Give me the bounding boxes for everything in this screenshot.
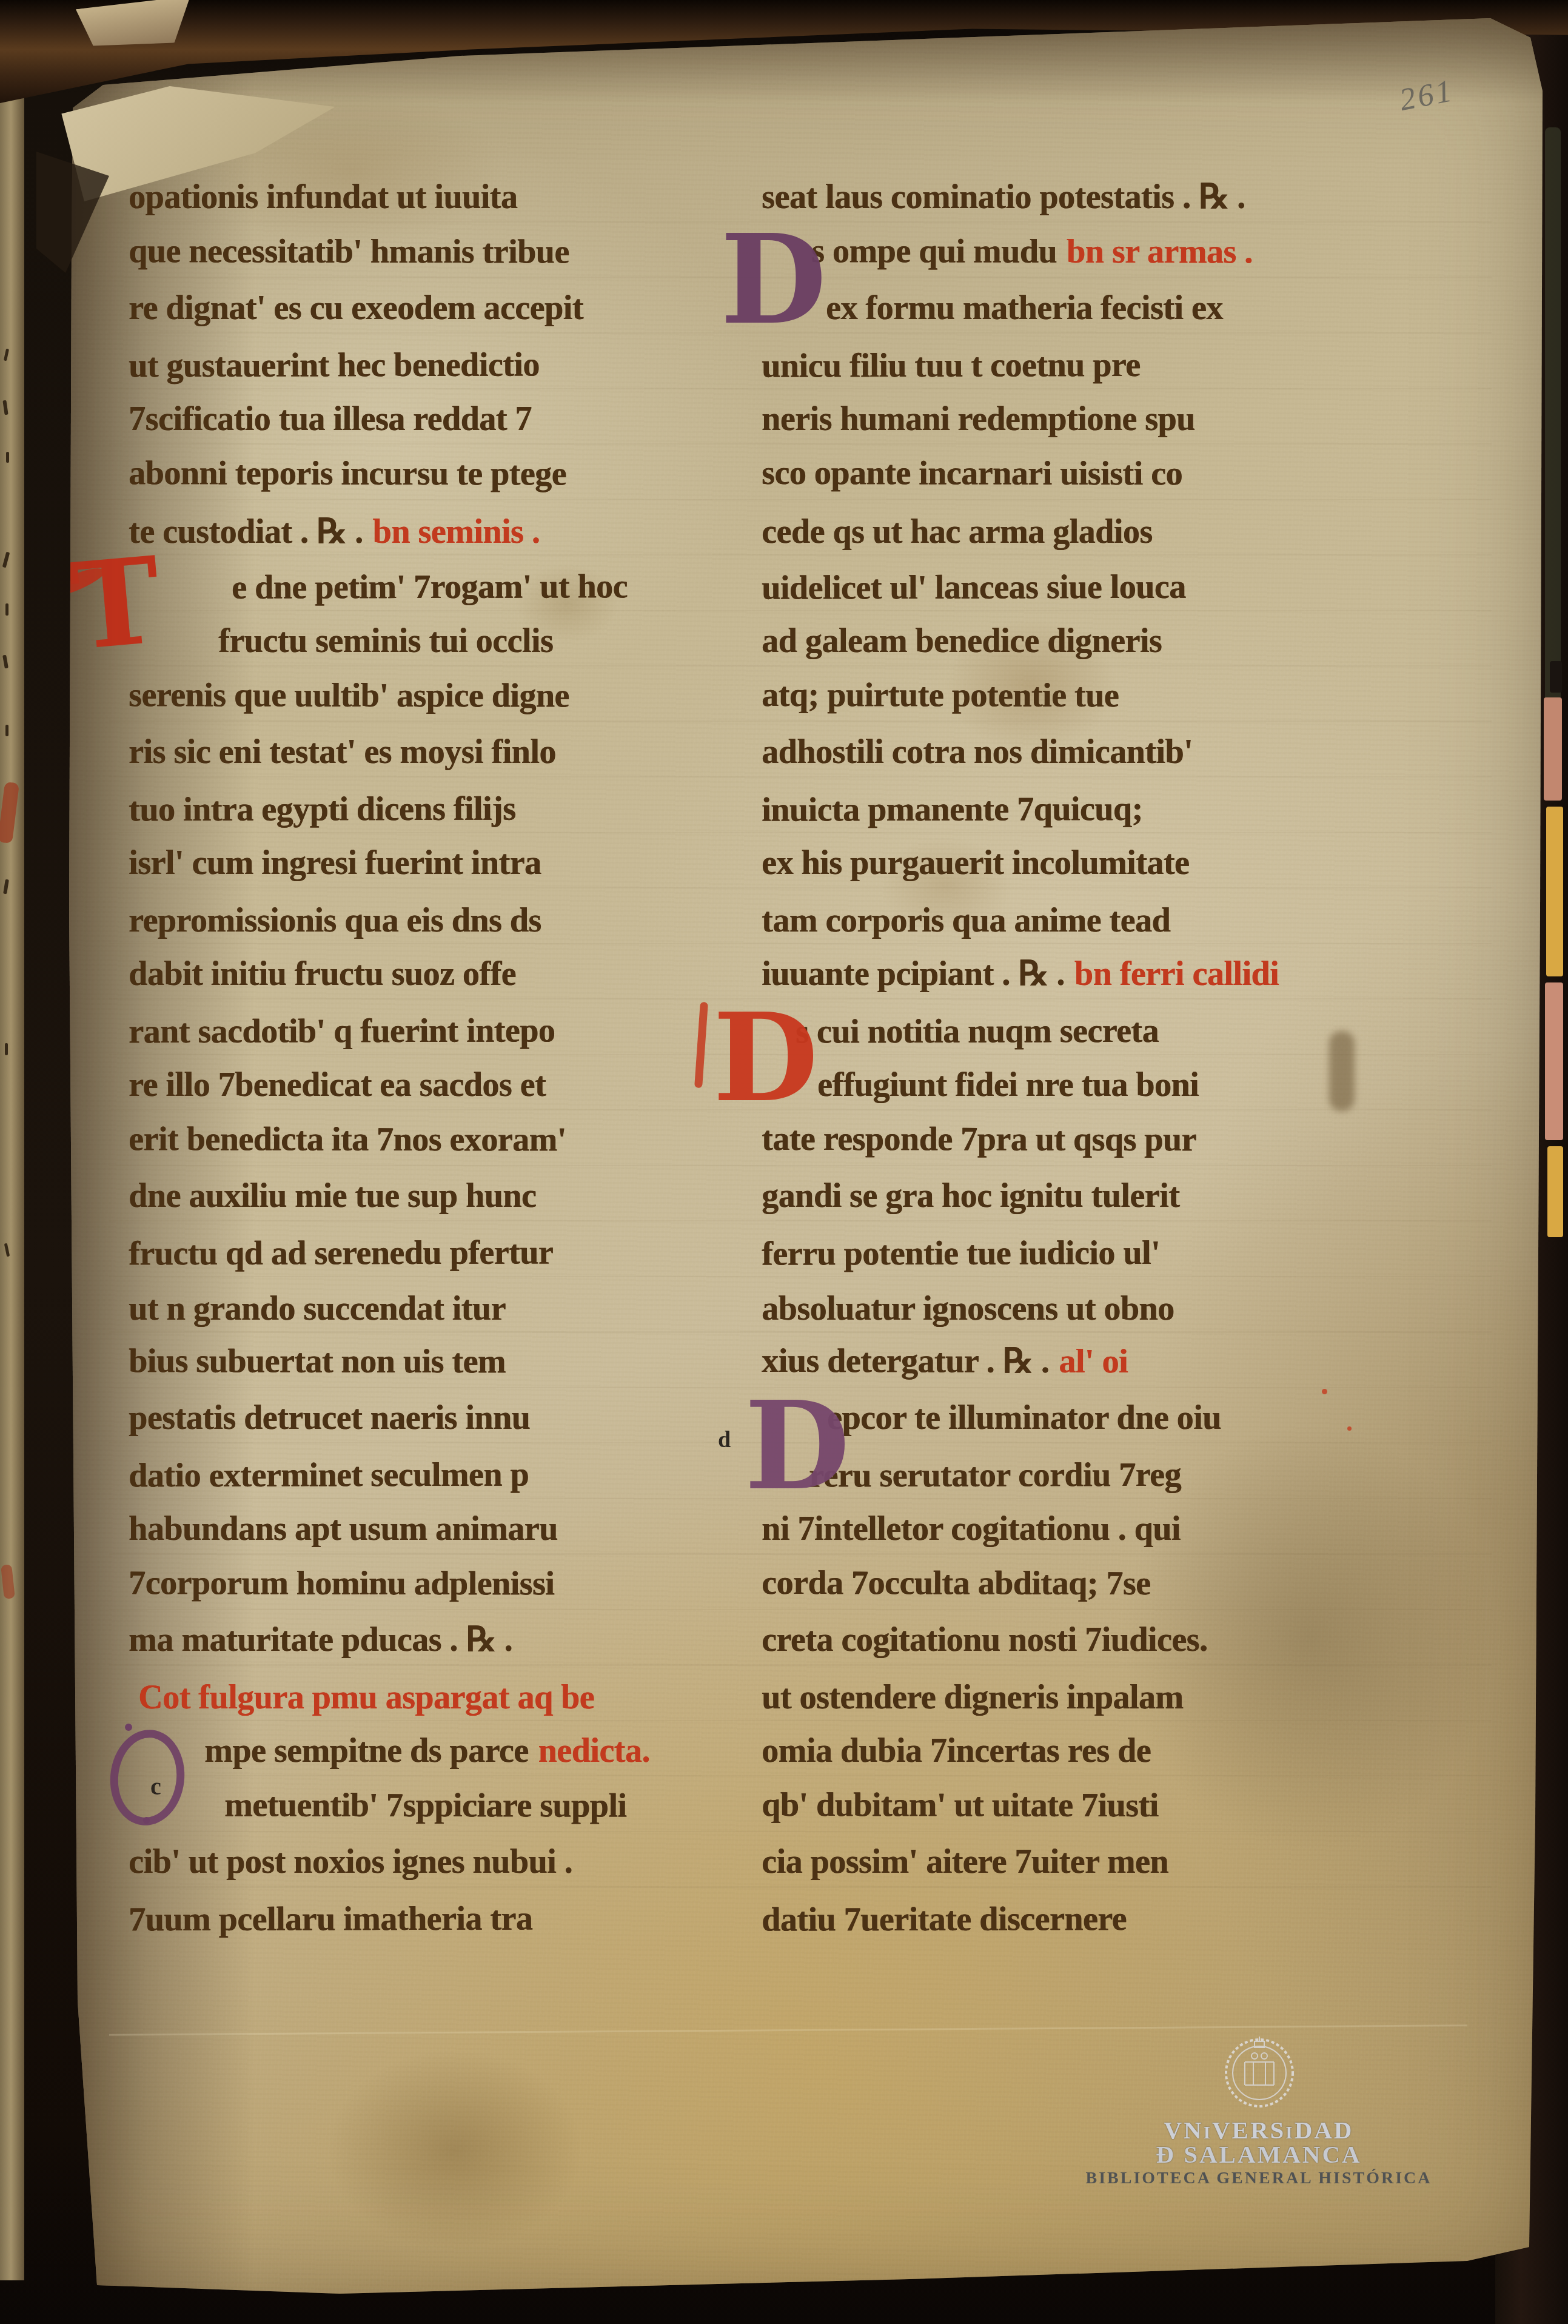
manuscript-text-line: re illo 7benedicat ea sacdos et xyxy=(129,1058,705,1113)
line-text: bius subuertat non uis tem xyxy=(129,1342,506,1380)
manuscript-text-line: creta cogitationu nosti 7iudices. xyxy=(762,1613,1495,1668)
line-text: ferru potentie tue iudicio ul' xyxy=(762,1234,1160,1272)
line-text: pestatis detrucet naeris innu xyxy=(129,1399,530,1437)
manuscript-text-line: xius detergatur . ℞ .al' oi xyxy=(762,1333,1495,1390)
edge-red-mark xyxy=(1,1564,15,1599)
line-text: tate responde 7pra ut qsqs pur xyxy=(762,1120,1196,1158)
line-text: fructu seminis tui occlis xyxy=(218,622,553,660)
manuscript-text-line: abonni teporis incursu te ptege xyxy=(129,446,705,502)
line-text: cede qs ut hac arma gladios xyxy=(762,513,1153,551)
line-text: dabit initiu fructu suoz offe xyxy=(129,955,516,993)
edge-ink-mark xyxy=(2,400,8,415)
line-text: datiu 7ueritate discernere xyxy=(762,1900,1127,1939)
line-text: ma maturitate pducas . ℞ . xyxy=(129,1621,512,1659)
manuscript-text-line: rant sacdotib' q fuerint intepo xyxy=(129,1002,705,1060)
manuscript-text-line: tuo intra egypti dicens filijs xyxy=(129,781,705,838)
manuscript-text-line: sco opante incarnari uisisti co xyxy=(762,445,1495,502)
edge-red-mark xyxy=(0,782,19,844)
line-text: neris humani redemptione spu xyxy=(762,400,1195,438)
initial-D-purple: D xyxy=(720,218,826,341)
edge-ink-mark xyxy=(2,552,10,568)
manuscript-text-line: unicu filiu tuu t coetnu pre xyxy=(762,337,1495,394)
line-rubric-text: nedicta. xyxy=(538,1732,649,1770)
manuscript-text-line: re dignat' es cu exeodem accepit xyxy=(129,281,705,337)
manuscript-text-line: iuuante pcipiant . ℞ .bn ferri callidi xyxy=(762,947,1495,1002)
line-rubric-text: bn seminis . xyxy=(373,513,540,551)
line-text: re illo 7benedicat ea sacdos et xyxy=(129,1066,546,1104)
manuscript-text-line: 7scificatio tua illesa reddat 7 xyxy=(129,392,705,448)
line-text: abonni teporis incursu te ptege xyxy=(129,454,566,492)
edge-ink-mark xyxy=(4,349,9,361)
manuscript-text-line: bius subuertat non uis tem xyxy=(129,1334,705,1390)
line-text: atq; puirtute potentie tue xyxy=(762,676,1119,714)
line-rubric-text: bn ferri callidi xyxy=(1074,955,1279,993)
edge-ink-mark xyxy=(5,1043,8,1055)
initial-D-red: D xyxy=(713,998,818,1119)
edge-ink-mark xyxy=(4,1243,10,1257)
line-text: qb' dubitam' ut uitate 7iusti xyxy=(762,1785,1159,1824)
line-text: metuentib' 7sppiciare suppli xyxy=(224,1786,626,1824)
manuscript-text-line: tam corporis qua anime tead xyxy=(762,893,1495,949)
parchment-crease xyxy=(109,2024,1467,2036)
watermark-library: BIBLIOTECA GENERAL HISTÓRICA xyxy=(1065,2169,1453,2188)
line-text: te custodiat . ℞ . xyxy=(129,513,363,551)
line-text: cib' ut post noxios ignes nubui . xyxy=(129,1843,572,1881)
manuscript-text-line: omia dubia 7incertas res de xyxy=(762,1724,1495,1779)
watermark-salamanca: Đ SALAMANCA xyxy=(1065,2140,1453,2169)
line-text: ex formu matheria fecisti ex xyxy=(826,289,1223,327)
line-text: fructu qd ad serenedu pfertur xyxy=(129,1234,553,1272)
line-text: inuicta pmanente 7quicuq; xyxy=(762,790,1143,828)
manuscript-text-line: ris sic eni testat' es moysi finlo xyxy=(129,725,705,781)
line-text: dne auxiliu mie tue sup hunc xyxy=(129,1177,536,1215)
manuscript-text-line: datio exterminet seculmen p xyxy=(129,1446,705,1503)
line-text: tuo intra egypti dicens filijs xyxy=(129,790,515,828)
manuscript-text-line: habundans apt usum animaru xyxy=(129,1502,705,1557)
manuscript-text-line: ad galeam benedice digneris xyxy=(762,614,1495,670)
manuscript-text-line: atq; puirtute potentie tue xyxy=(762,667,1495,724)
manuscript-text-line: ex his purgauerit incolumitate xyxy=(762,836,1495,892)
manuscript-text-line: que necessitatib' hmanis tribue xyxy=(129,224,705,280)
red-speck xyxy=(1347,1426,1352,1431)
manuscript-text-line: pestatis detrucet naeris innu xyxy=(129,1391,705,1446)
manuscript-text-line: e dne petim' 7rogam' ut hoc xyxy=(129,559,705,616)
line-rubric-text: bn sr armas . xyxy=(1067,232,1253,270)
manuscript-text-line: Cot fulgura pmu aspargat aq be xyxy=(129,1670,705,1726)
next-folio-sliver xyxy=(1545,982,1563,1140)
next-folio-sliver xyxy=(1547,1146,1563,1237)
initial-dot xyxy=(125,1724,132,1731)
line-text: absoluatur ignoscens ut obno xyxy=(762,1290,1174,1328)
line-text: cia possim' aitere 7uiter men xyxy=(762,1843,1168,1881)
line-text: ut gustauerint hec benedictio xyxy=(129,346,540,385)
line-text: rant sacdotib' q fuerint intepo xyxy=(129,1012,555,1050)
manuscript-text-line: ut n grando succendat itur xyxy=(129,1281,705,1337)
line-text: creta cogitationu nosti 7iudices. xyxy=(762,1621,1207,1659)
line-text: s cui notitia nuqm secreta xyxy=(796,1012,1159,1050)
line-rubric-text: Cot fulgura pmu aspargat aq be xyxy=(138,1679,594,1716)
manuscript-text-line: ni 7intelletor cogitationu . qui xyxy=(762,1502,1495,1557)
line-text: mpe sempitne ds parce xyxy=(204,1732,528,1770)
line-text: e dne petim' 7rogam' ut hoc xyxy=(232,568,628,606)
edge-ink-mark xyxy=(6,452,9,463)
initial-dot xyxy=(143,1817,150,1824)
line-text: 7corporum hominu adplenissi xyxy=(129,1564,554,1602)
line-text: omia dubia 7incertas res de xyxy=(762,1732,1151,1770)
line-text: ris sic eni testat' es moysi finlo xyxy=(129,733,556,771)
next-folio-sliver xyxy=(1550,661,1562,693)
ink-smudge xyxy=(1329,1031,1355,1111)
watermark-university: VNiVERSiDAD xyxy=(1065,2115,1453,2144)
parchment-page: 261 opationis infundat ut iuuitaque nece… xyxy=(0,0,1568,2324)
manuscript-text-line: qb' dubitam' ut uitate 7iusti xyxy=(762,1777,1495,1834)
text-column-left: opationis infundat ut iuuitaque necessit… xyxy=(129,170,705,1946)
cover-green-strip xyxy=(1545,127,1561,794)
manuscript-text-line: cib' ut post noxios ignes nubui . xyxy=(129,1835,705,1890)
manuscript-text-line: repromissionis qua eis dns ds xyxy=(129,893,705,949)
guide-letter-d: d xyxy=(718,1426,731,1453)
line-text: 7scificatio tua illesa reddat 7 xyxy=(129,400,532,438)
line-text: isrl' cum ingresi fuerint intra xyxy=(129,844,541,882)
manuscript-text-line: te custodiat . ℞ .bn seminis . xyxy=(129,505,705,560)
line-text: xius detergatur . ℞ . xyxy=(762,1342,1049,1380)
manuscript-text-line: opationis infundat ut iuuita xyxy=(129,170,705,226)
manuscript-text-line: inuicta pmanente 7quicuq; xyxy=(762,781,1495,838)
line-text: ad galeam benedice digneris xyxy=(762,622,1162,660)
line-text: ut ostendere digneris inpalam xyxy=(762,1679,1183,1716)
guide-letter-c: c xyxy=(150,1772,161,1801)
manuscript-text-line: fructu seminis tui occlis xyxy=(129,614,705,670)
manuscript-text-line: effugiunt fidei nre tua boni xyxy=(762,1058,1495,1113)
manuscript-text-line: cia possim' aitere 7uiter men xyxy=(762,1835,1495,1890)
edge-ink-mark xyxy=(3,879,9,895)
manuscript-text-line: datiu 7ueritate discernere xyxy=(762,1890,1495,1948)
previous-folio-edge xyxy=(0,36,24,2280)
line-text: gandi se gra hoc ignitu tulerit xyxy=(762,1177,1179,1215)
line-text: repromissionis qua eis dns ds xyxy=(129,902,541,939)
manuscript-text-line: metuentib' 7sppiciare suppli xyxy=(129,1778,705,1834)
line-text: datio exterminet seculmen p xyxy=(129,1456,529,1494)
manuscript-text-line: epcor te illuminator dne oiu xyxy=(762,1391,1495,1446)
manuscript-text-line: reru serutator cordiu 7reg xyxy=(762,1446,1495,1504)
line-text: tam corporis qua anime tead xyxy=(762,902,1170,939)
manuscript-text-line: gandi se gra hoc ignitu tulerit xyxy=(762,1169,1495,1224)
line-text: s ompe qui mudu xyxy=(811,232,1057,270)
manuscript-text-line: 7uum pcellaru imatheria tra xyxy=(129,1890,705,1947)
manuscript-text-line: dne auxiliu mie tue sup hunc xyxy=(129,1169,705,1224)
manuscript-text-line: fructu qd ad serenedu pfertur xyxy=(129,1224,705,1281)
manuscript-text-line: adhostili cotra nos dimicantib' xyxy=(762,725,1495,781)
manuscript-text-line: erit benedicta ita 7nos exoram' xyxy=(129,1112,705,1168)
edge-ink-mark xyxy=(2,655,8,669)
manuscript-text-line: cede qs ut hac arma gladios xyxy=(762,505,1495,560)
manuscript-text-line: seat laus cominatio potestatis . ℞ . xyxy=(762,170,1495,226)
manuscript-text-line: serenis que uultib' aspice digne xyxy=(129,668,705,724)
line-text: reru serutator cordiu 7reg xyxy=(809,1456,1181,1494)
manuscript-text-line: corda 7occulta abditaq; 7se xyxy=(762,1555,1495,1612)
line-text: seat laus cominatio potestatis . ℞ . xyxy=(762,178,1245,216)
manuscript-text-line: absoluatur ignoscens ut obno xyxy=(762,1281,1495,1337)
line-text: effugiunt fidei nre tua boni xyxy=(817,1066,1199,1104)
line-text: epcor te illuminator dne oiu xyxy=(827,1399,1221,1437)
line-text: opationis infundat ut iuuita xyxy=(129,178,517,216)
manuscript-text-line: ma maturitate pducas . ℞ . xyxy=(129,1613,705,1668)
line-text: sco opante incarnari uisisti co xyxy=(762,454,1182,492)
manuscript-text-line: ut ostendere digneris inpalam xyxy=(762,1670,1495,1726)
manuscript-text-line: uidelicet ul' lanceas siue louca xyxy=(762,559,1495,616)
manuscript-text-line: s cui notitia nuqm secreta xyxy=(762,1002,1495,1060)
line-text: uidelicet ul' lanceas siue louca xyxy=(762,568,1186,606)
initial-D-purple: D xyxy=(745,1386,849,1507)
manuscript-text-line: s ompe qui mudubn sr armas . xyxy=(762,223,1495,280)
manuscript-text-line: ex formu matheria fecisti ex xyxy=(762,281,1495,337)
red-speck xyxy=(1322,1389,1327,1394)
line-text: 7uum pcellaru imatheria tra xyxy=(129,1899,532,1938)
manuscript-text-line: neris humani redemptione spu xyxy=(762,392,1495,448)
line-text: habundans apt usum animaru xyxy=(129,1510,558,1548)
stain xyxy=(327,2050,582,2250)
line-text: ut n grando succendat itur xyxy=(129,1290,506,1328)
line-text: que necessitatib' hmanis tribue xyxy=(129,232,569,270)
next-folio-sliver xyxy=(1546,807,1563,976)
line-text: adhostili cotra nos dimicantib' xyxy=(762,733,1193,771)
next-folio-sliver xyxy=(1544,697,1562,801)
manuscript-text-line: ferru potentie tue iudicio ul' xyxy=(762,1224,1495,1282)
manuscript-text-line: ut gustauerint hec benedictio xyxy=(129,337,705,394)
edge-ink-mark xyxy=(5,725,8,736)
manuscript-text-line: dabit initiu fructu suoz offe xyxy=(129,947,705,1002)
manuscript-text-line: 7corporum hominu adplenissi xyxy=(129,1556,705,1612)
university-seal-icon xyxy=(1221,2033,1298,2111)
line-text: erit benedicta ita 7nos exoram' xyxy=(129,1120,566,1158)
manuscript-text-line: isrl' cum ingresi fuerint intra xyxy=(129,836,705,892)
edge-ink-mark xyxy=(5,603,8,616)
line-text: corda 7occulta abditaq; 7se xyxy=(762,1563,1150,1602)
text-column-right: seat laus cominatio potestatis . ℞ .s om… xyxy=(762,170,1495,1946)
initial-T-red: T xyxy=(67,541,165,667)
line-text: re dignat' es cu exeodem accepit xyxy=(129,289,583,327)
manuscript-text-line: tate responde 7pra ut qsqs pur xyxy=(762,1111,1495,1168)
line-text: ex his purgauerit incolumitate xyxy=(762,844,1189,882)
manuscript-text-line: mpe sempitne ds parcenedicta. xyxy=(129,1724,705,1779)
line-rubric-text: al' oi xyxy=(1059,1342,1128,1380)
line-text: serenis que uultib' aspice digne xyxy=(129,676,569,714)
manuscript-photo: 261 opationis infundat ut iuuitaque nece… xyxy=(0,0,1568,2324)
